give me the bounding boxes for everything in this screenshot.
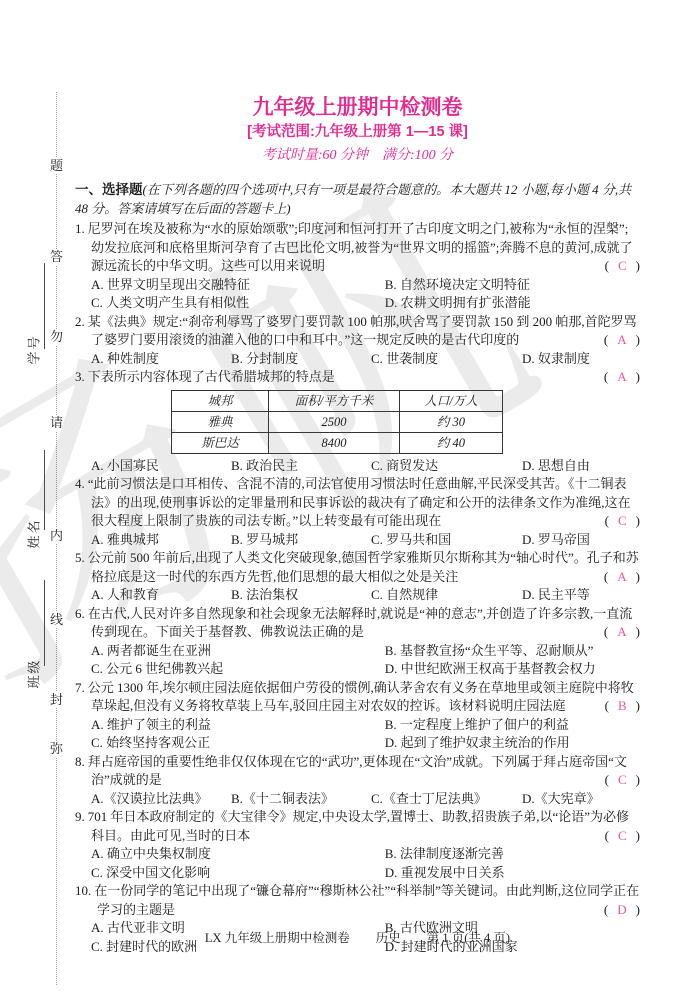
- option: A. 雅典城邦: [91, 531, 231, 550]
- option: D. 起到了维护奴隶主统治的作用: [385, 734, 640, 753]
- options: A. 雅典城邦 B. 罗马城邦 C. 罗马共和国 D. 罗马帝国: [91, 531, 640, 550]
- option: B. 罗马城邦: [231, 531, 371, 550]
- exam-title: 九年级上册期中检测卷: [75, 94, 640, 121]
- question-number: 1.: [75, 221, 88, 236]
- option: B. 分封制度: [231, 350, 371, 369]
- question-1: 1.尼罗河在埃及被称为“水的原始颂歌”;印度河和恒河打开了古印度文明之门,被称为…: [75, 220, 640, 313]
- option: C. 商贸发达: [371, 457, 522, 476]
- options: A. 小国寡民 B. 政治民主 C. 商贸发达 D. 思想自由: [91, 457, 640, 476]
- table-cell: 雅典: [172, 411, 269, 432]
- table-header-cell: 人口/万人: [400, 390, 503, 411]
- question-8: 8.拜占庭帝国的重要性绝非仅仅体现在它的“武功”,更体现在“文治”成就。下列属于…: [75, 753, 640, 809]
- exam-meta: 考试时量:60 分钟 满分:100 分: [75, 144, 640, 167]
- answer-mark: (C): [599, 512, 640, 531]
- table-cell: 8400: [269, 432, 400, 453]
- footer-subject: 历史: [376, 931, 401, 945]
- section-heading: 一、选择题: [75, 182, 143, 197]
- answer-mark: (A): [598, 331, 640, 350]
- option: B. 基督教宣扬“众生平等、忍耐顺从”: [385, 642, 640, 661]
- question-stem: 2.某《法典》规定:“刹帝利辱骂了婆罗门要罚款 100 帕那,吠舍骂了要罚款 1…: [75, 313, 640, 350]
- class-fill-line: [44, 580, 45, 666]
- question-text: 拜占庭帝国的重要性绝非仅仅体现在它的“武功”,更体现在“文治”成就。下列属于拜占…: [88, 754, 627, 788]
- section-instructions: (在下列各题的四个选项中,只有一项是最符合题意的。本大题共 12 小题,每小题 …: [75, 182, 631, 216]
- options: A. 两者都诞生在亚洲 B. 基督教宣扬“众生平等、忍耐顺从” C. 公元 6 …: [91, 642, 640, 679]
- options: A.《汉谟拉比法典》 B.《十二铜表法》 C.《查士丁尼法典》 D.《大宪章》: [91, 790, 640, 809]
- question-text: 701 年日本政府制定的《大宝律令》规定,中央设太学,置博士、助教,招贵族子弟,…: [88, 809, 629, 843]
- question-number: 3.: [75, 369, 88, 384]
- option: C. 公元 6 世纪佛教兴起: [91, 660, 385, 679]
- question-stem: 7.公元 1300 年,埃尔顿庄园法庭依据佃户劳役的惯例,确认茅舍农有义务在草地…: [75, 679, 640, 716]
- question-text: “此前习惯法是口耳相传、含混不清的,司法官使用习惯法时任意曲解,平民深受其苦。《…: [88, 476, 631, 528]
- exam-page: 题 答 勿 请 内 线 封 弥 学号 姓名 班级 九年级上册期中检测卷 [考试范…: [0, 0, 684, 999]
- question-3: 3.下表所示内容体现了古代希腊城邦的特点是(A) 城邦 面积/平方千米 人口/万…: [75, 368, 640, 475]
- answer-mark: (B): [599, 697, 640, 716]
- question-number: 6.: [75, 606, 88, 621]
- option: C. 深受中国文化影响: [91, 864, 385, 883]
- table-row: 斯巴达 8400 约 40: [172, 432, 503, 453]
- question-6: 6.在古代,人民对许多自然现象和社会现象无法解释时,就说是“神的意志”,并创造了…: [75, 605, 640, 679]
- question-number: 2.: [75, 314, 88, 329]
- question-text: 某《法典》规定:“刹帝利辱骂了婆罗门要罚款 100 帕那,吠舍骂了要罚款 150…: [88, 314, 637, 348]
- answer-letter: C: [609, 828, 636, 843]
- answer-letter: A: [608, 624, 635, 639]
- option: B. 法律制度逐渐完善: [385, 845, 640, 864]
- question-2: 2.某《法典》规定:“刹帝利辱骂了婆罗门要罚款 100 帕那,吠舍骂了要罚款 1…: [75, 313, 640, 369]
- question-stem: 3.下表所示内容体现了古代希腊城邦的特点是(A): [75, 368, 640, 387]
- answer-mark: (C): [599, 771, 640, 790]
- option: A. 世界文明呈现出交融特征: [91, 276, 385, 295]
- option: A. 种姓制度: [91, 350, 231, 369]
- question-text: 在一份同学的笔记中出现了“镰仓幕府”“穆斯林公社”“科举制”等关键词。由此判断,…: [94, 883, 639, 917]
- question-number: 10.: [75, 883, 94, 898]
- option: A. 小国寡民: [91, 457, 231, 476]
- seal-char: 答: [48, 249, 65, 265]
- options: A. 世界文明呈现出交融特征 B. 自然环境决定文明特征 C. 人类文明产生具有…: [91, 276, 640, 313]
- option: D. 民主平等: [522, 586, 640, 605]
- option: C. 世袭制度: [371, 350, 522, 369]
- answer-letter: A: [608, 369, 635, 384]
- seal-char: 弥: [48, 741, 65, 757]
- question-stem: 4.“此前习惯法是口耳相传、含混不清的,司法官使用习惯法时任意曲解,平民深受其苦…: [75, 475, 640, 531]
- option: D. 农耕文明拥有扩张潜能: [385, 294, 640, 313]
- section-intro: 一、选择题(在下列各题的四个选项中,只有一项是最符合题意的。本大题共 12 小题…: [75, 181, 640, 218]
- question-5: 5.公元前 500 年前后,出现了人类文化突破现象,德国哲学家雅斯贝尔斯称其为“…: [75, 549, 640, 605]
- option: D. 中世纪欧洲王权高于基督教会权力: [385, 660, 640, 679]
- question-text: 在古代,人民对许多自然现象和社会现象无法解释时,就说是“神的意志”,并创造了许多…: [88, 606, 633, 640]
- answer-letter: D: [608, 902, 635, 917]
- seal-char: 封: [48, 692, 65, 708]
- name-fill-line: [44, 450, 45, 530]
- footer-page-number: 第 1 页(共 4 页): [427, 931, 510, 945]
- exam-scope: [考试范围:九年级上册第 1—15 课]: [75, 121, 640, 144]
- answer-mark: (A): [598, 623, 640, 642]
- main-content: 九年级上册期中检测卷 [考试范围:九年级上册第 1—15 课] 考试时量:60 …: [75, 94, 640, 956]
- question-number: 4.: [75, 476, 88, 491]
- option: D. 重视发展中日关系: [385, 864, 640, 883]
- name-label: 姓名: [24, 513, 43, 555]
- answer-mark: (C): [599, 827, 640, 846]
- question-7: 7.公元 1300 年,埃尔顿庄园法庭依据佃户劳役的惯例,确认茅舍农有义务在草地…: [75, 679, 640, 753]
- question-number: 7.: [75, 680, 88, 695]
- student-id-label: 学号: [24, 329, 43, 371]
- option: A. 两者都诞生在亚洲: [91, 642, 385, 661]
- table-cell: 2500: [269, 411, 400, 432]
- question-9: 9.701 年日本政府制定的《大宝律令》规定,中央设太学,置博士、助教,招贵族子…: [75, 808, 640, 882]
- options: A. 维护了领主的利益 B. 一定程度上维护了佃户的利益 C. 始终坚持客观公正…: [91, 716, 640, 753]
- option: D. 奴隶制度: [522, 350, 640, 369]
- seal-char: 请: [48, 415, 65, 431]
- answer-mark: (A): [598, 568, 640, 587]
- options: A. 人和教育 B. 法治集权 C. 自然规律 D. 民主平等: [91, 586, 640, 605]
- question-stem: 5.公元前 500 年前后,出现了人类文化突破现象,德国哲学家雅斯贝尔斯称其为“…: [75, 549, 640, 586]
- table-row: 雅典 2500 约 30: [172, 411, 503, 432]
- question-stem: 10.在一份同学的笔记中出现了“镰仓幕府”“穆斯林公社”“科举制”等关键词。由此…: [75, 882, 640, 919]
- seal-char: 内: [48, 528, 65, 544]
- option: A. 确立中央集权制度: [91, 845, 385, 864]
- question-text: 公元前 500 年前后,出现了人类文化突破现象,德国哲学家雅斯贝尔斯称其为“轴心…: [88, 550, 639, 584]
- answer-mark: (A): [598, 368, 640, 387]
- option: C. 人类文明产生具有相似性: [91, 294, 385, 313]
- option: D.《大宪章》: [522, 790, 640, 809]
- question-text: 下表所示内容体现了古代希腊城邦的特点是: [88, 369, 335, 384]
- options: A. 种姓制度 B. 分封制度 C. 世袭制度 D. 奴隶制度: [91, 350, 640, 369]
- question-text: 公元 1300 年,埃尔顿庄园法庭依据佃户劳役的惯例,确认茅舍农有义务在草地里或…: [88, 680, 634, 714]
- question-text: 尼罗河在埃及被称为“水的原始颂歌”;印度河和恒河打开了古印度文明之门,被称为“永…: [88, 221, 633, 273]
- answer-mark: (C): [599, 257, 640, 276]
- options: A. 确立中央集权制度 B. 法律制度逐渐完善 C. 深受中国文化影响 D. 重…: [91, 845, 640, 882]
- option: D. 罗马帝国: [522, 531, 640, 550]
- table-cell: 约 30: [400, 411, 503, 432]
- table-header-cell: 城邦: [172, 390, 269, 411]
- exam-table: 城邦 面积/平方千米 人口/万人 雅典 2500 约 30 斯巴达 8400 约…: [171, 390, 503, 454]
- option: B. 一定程度上维护了佃户的利益: [385, 716, 640, 735]
- option: B.《十二铜表法》: [231, 790, 371, 809]
- answer-letter: C: [609, 258, 636, 273]
- option: C. 罗马共和国: [371, 531, 522, 550]
- answer-letter: A: [608, 332, 635, 347]
- option: C. 自然规律: [371, 586, 522, 605]
- question-number: 5.: [75, 550, 88, 565]
- question-stem: 1.尼罗河在埃及被称为“水的原始颂歌”;印度河和恒河打开了古印度文明之门,被称为…: [75, 220, 640, 276]
- answer-letter: B: [609, 698, 636, 713]
- option: C. 始终坚持客观公正: [91, 734, 385, 753]
- answer-letter: C: [609, 772, 636, 787]
- answer-letter: C: [609, 513, 636, 528]
- table-cell: 斯巴达: [172, 432, 269, 453]
- seal-char: 题: [48, 158, 65, 174]
- option: D. 思想自由: [522, 457, 640, 476]
- option: C.《查士丁尼法典》: [371, 790, 522, 809]
- question-stem: 9.701 年日本政府制定的《大宝律令》规定,中央设太学,置博士、助教,招贵族子…: [75, 808, 640, 845]
- question-number: 9.: [75, 809, 88, 824]
- seal-char: 线: [48, 612, 65, 628]
- option: B. 政治民主: [231, 457, 371, 476]
- question-stem: 8.拜占庭帝国的重要性绝非仅仅体现在它的“武功”,更体现在“文治”成就。下列属于…: [75, 753, 640, 790]
- answer-letter: A: [608, 569, 635, 584]
- question-4: 4.“此前习惯法是口耳相传、含混不清的,司法官使用习惯法时任意曲解,平民深受其苦…: [75, 475, 640, 549]
- option: B. 自然环境决定文明特征: [385, 276, 640, 295]
- footer-series: LX 九年级上册期中检测卷: [205, 931, 350, 945]
- class-label: 班级: [24, 653, 43, 695]
- option: A. 维护了领主的利益: [91, 716, 385, 735]
- answer-mark: (D): [598, 901, 640, 920]
- question-number: 8.: [75, 754, 88, 769]
- option: A.《汉谟拉比法典》: [91, 790, 231, 809]
- page-footer: LX 九年级上册期中检测卷历史第 1 页(共 4 页): [75, 928, 640, 946]
- option: B. 法治集权: [231, 586, 371, 605]
- table-header-cell: 面积/平方千米: [269, 390, 400, 411]
- option: A. 人和教育: [91, 586, 231, 605]
- student-id-fill-line: [44, 263, 45, 349]
- seal-char: 勿: [48, 329, 65, 345]
- table-cell: 约 40: [400, 432, 503, 453]
- question-stem: 6.在古代,人民对许多自然现象和社会现象无法解释时,就说是“神的意志”,并创造了…: [75, 605, 640, 642]
